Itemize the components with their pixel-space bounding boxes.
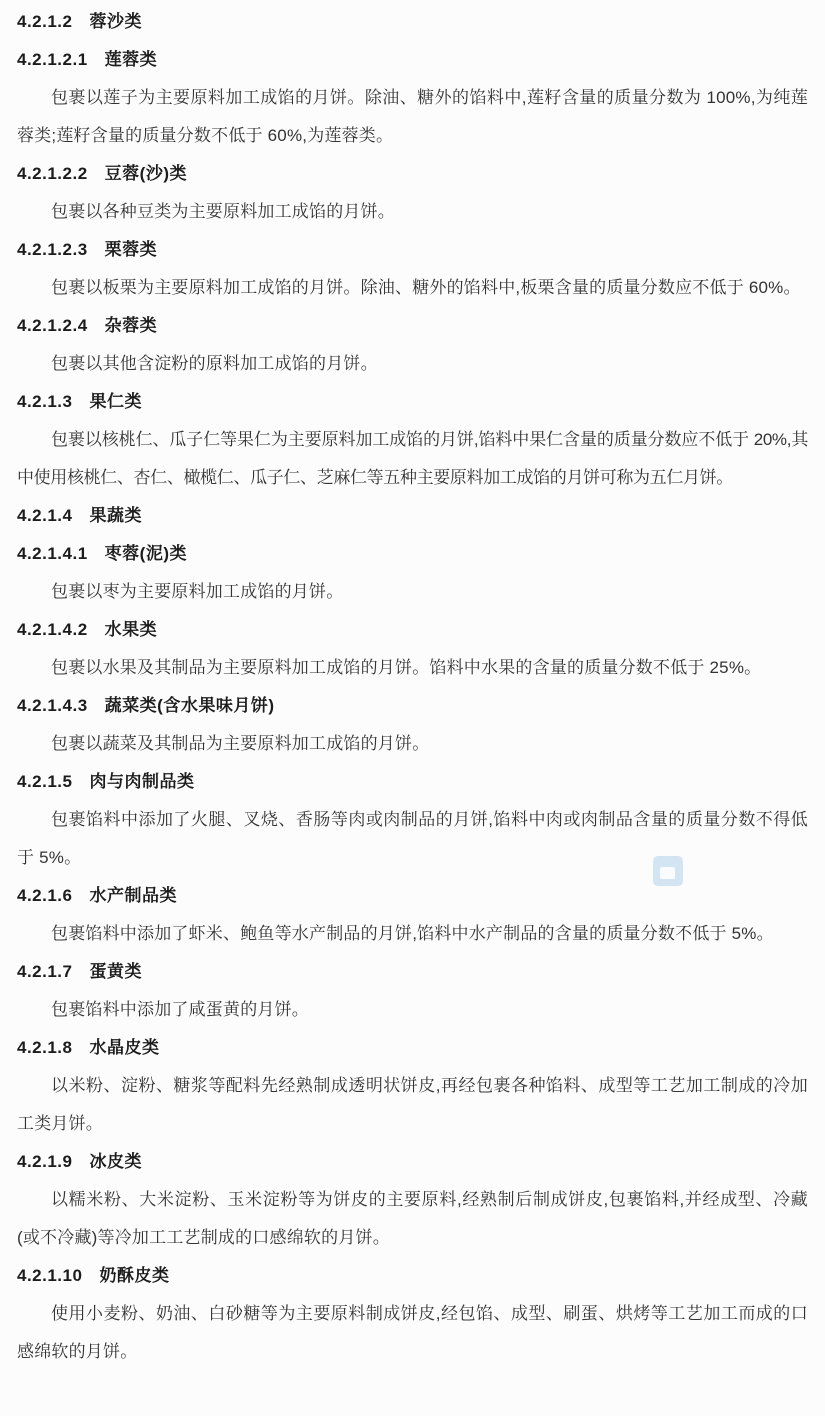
section-heading: 4.2.1.4.2水果类 [17,611,808,649]
section-heading: 4.2.1.2.3栗蓉类 [17,231,808,269]
section-paragraph: 包裹馅料中添加了虾米、鲍鱼等水产制品的月饼,馅料中水产制品的含量的质量分数不低于… [17,915,808,953]
section-heading: 4.2.1.2.1莲蓉类 [17,41,808,79]
section-number: 4.2.1.7 [17,953,73,991]
section-paragraph: 包裹馅料中添加了火腿、叉烧、香肠等肉或肉制品的月饼,馅料中肉或肉制品含量的质量分… [17,801,808,877]
section-title: 奶酥皮类 [99,1266,169,1285]
section-number: 4.2.1.3 [17,383,73,421]
section-paragraph: 包裹以核桃仁、瓜子仁等果仁为主要原料加工成馅的月饼,馅料中果仁含量的质量分数应不… [17,421,808,497]
section-title: 豆蓉(沙)类 [105,164,187,183]
section-title: 冰皮类 [90,1152,143,1171]
section-paragraph: 以米粉、淀粉、糖浆等配料先经熟制成透明状饼皮,再经包裹各种馅料、成型等工艺加工制… [17,1067,808,1143]
section-heading: 4.2.1.5肉与肉制品类 [17,763,808,801]
document: 4.2.1.2蓉沙类 4.2.1.2.1莲蓉类 包裹以莲子为主要原料加工成馅的月… [0,0,825,1416]
section-title: 果仁类 [90,392,143,411]
section-number: 4.2.1.2.1 [17,41,88,79]
section-number: 4.2.1.4.1 [17,535,88,573]
section-title: 蔬菜类(含水果味月饼) [105,696,275,715]
page: { "page": { "background_color": "#fcfcfc… [0,0,825,1416]
section-heading: 4.2.1.9冰皮类 [17,1143,808,1181]
section-title: 栗蓉类 [105,240,158,259]
section-heading: 4.2.1.4果蔬类 [17,497,808,535]
section-number: 4.2.1.9 [17,1143,73,1181]
section-paragraph: 包裹以水果及其制品为主要原料加工成馅的月饼。馅料中水果的含量的质量分数不低于 2… [17,649,808,687]
section-heading: 4.2.1.4.3蔬菜类(含水果味月饼) [17,687,808,725]
section-title: 杂蓉类 [105,316,158,335]
section-paragraph: 包裹馅料中添加了咸蛋黄的月饼。 [17,991,808,1029]
section-paragraph: 包裹以各种豆类为主要原料加工成馅的月饼。 [17,193,808,231]
section-number: 4.2.1.2 [17,3,73,41]
section-number: 4.2.1.5 [17,763,73,801]
section-title: 水晶皮类 [90,1038,160,1057]
section-number: 4.2.1.2.3 [17,231,88,269]
section-paragraph: 包裹以枣为主要原料加工成馅的月饼。 [17,573,808,611]
section-title: 果蔬类 [90,506,143,525]
section-heading: 4.2.1.6水产制品类 [17,877,808,915]
section-title: 蛋黄类 [90,962,143,981]
section-title: 枣蓉(泥)类 [105,544,187,563]
section-paragraph: 包裹以板栗为主要原料加工成馅的月饼。除油、糖外的馅料中,板栗含量的质量分数应不低… [17,269,808,307]
section-number: 4.2.1.2.4 [17,307,88,345]
document-sections: 4.2.1.2蓉沙类 4.2.1.2.1莲蓉类 包裹以莲子为主要原料加工成馅的月… [17,3,808,1371]
section-paragraph: 包裹以莲子为主要原料加工成馅的月饼。除油、糖外的馅料中,莲籽含量的质量分数为 1… [17,79,808,155]
section-paragraph: 使用小麦粉、奶油、白砂糖等为主要原料制成饼皮,经包馅、成型、刷蛋、烘烤等工艺加工… [17,1295,808,1371]
section-number: 4.2.1.2.2 [17,155,88,193]
section-number: 4.2.1.6 [17,877,73,915]
section-title: 莲蓉类 [105,50,158,69]
section-heading: 4.2.1.8水晶皮类 [17,1029,808,1067]
section-title: 蓉沙类 [90,12,143,31]
section-title: 肉与肉制品类 [90,772,195,791]
section-heading: 4.2.1.2蓉沙类 [17,3,808,41]
section-number: 4.2.1.4.3 [17,687,88,725]
section-paragraph: 以糯米粉、大米淀粉、玉米淀粉等为饼皮的主要原料,经熟制后制成饼皮,包裹馅料,并经… [17,1181,808,1257]
section-number: 4.2.1.8 [17,1029,73,1067]
section-heading: 4.2.1.2.2豆蓉(沙)类 [17,155,808,193]
section-heading: 4.2.1.7蛋黄类 [17,953,808,991]
section-heading: 4.2.1.3果仁类 [17,383,808,421]
section-heading: 4.2.1.10奶酥皮类 [17,1257,808,1295]
section-title: 水产制品类 [90,886,178,905]
section-title: 水果类 [105,620,158,639]
section-number: 4.2.1.4.2 [17,611,88,649]
section-heading: 4.2.1.4.1枣蓉(泥)类 [17,535,808,573]
section-paragraph: 包裹以蔬菜及其制品为主要原料加工成馅的月饼。 [17,725,808,763]
section-paragraph: 包裹以其他含淀粉的原料加工成馅的月饼。 [17,345,808,383]
section-number: 4.2.1.10 [17,1257,82,1295]
section-heading: 4.2.1.2.4杂蓉类 [17,307,808,345]
section-number: 4.2.1.4 [17,497,73,535]
